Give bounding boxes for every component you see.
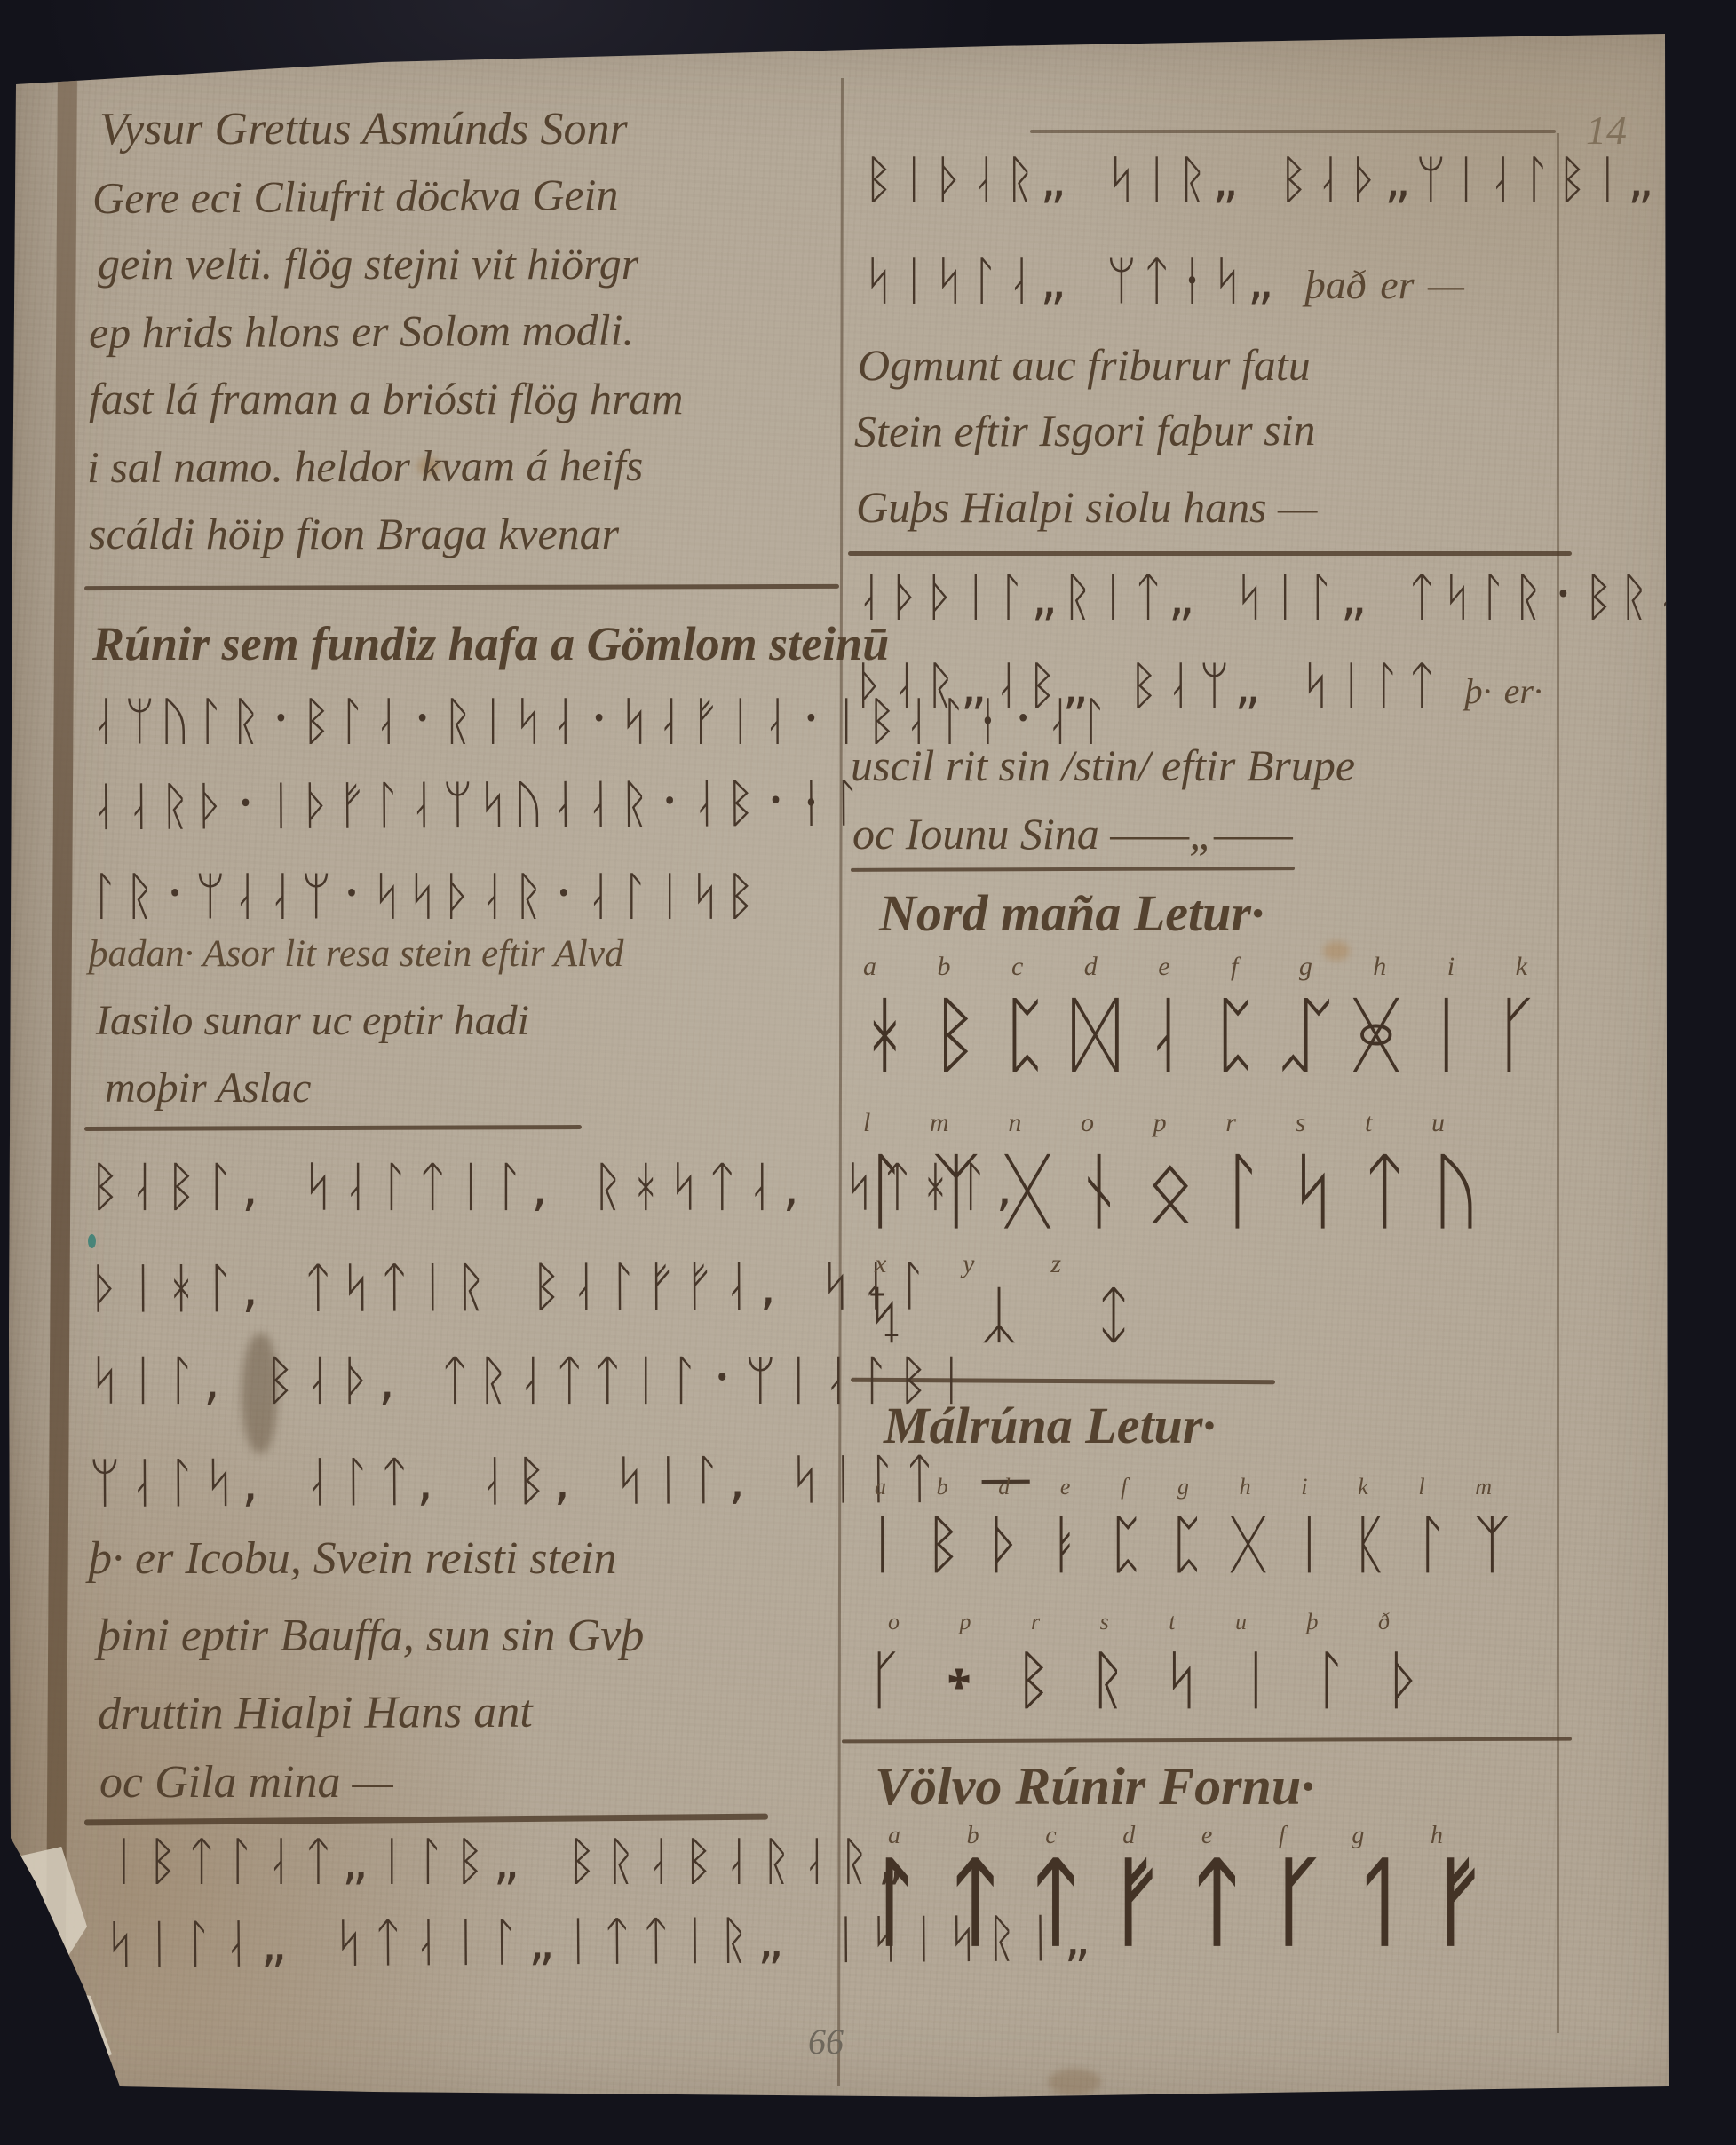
verse-line: Gere eci Cliufrit döckva Gein [92, 169, 619, 224]
alphabet-letter: k [1516, 952, 1527, 982]
rune-glyph: ᛁ [1237, 1642, 1275, 1717]
rune-glyph: ᛚ [866, 1847, 923, 1958]
alphabet-letter: g [1177, 1474, 1189, 1500]
alphabet-letter: e [1158, 952, 1169, 982]
rune-glyph: ᛟ [1145, 1144, 1195, 1240]
rune-glyph: ᛈ [1210, 987, 1260, 1084]
alphabet-letter: y [963, 1249, 974, 1279]
malruna-letters-row2: o p r s t u þ ð [888, 1609, 1390, 1635]
volvo-heading: Völvo Rúnir Fornu· [875, 1756, 1314, 1817]
gloss-note: þ· er· [1465, 671, 1542, 711]
rune-glyph: ᛈ [1168, 1507, 1206, 1581]
rune-glyph: ᚾ [1074, 1144, 1123, 1240]
section-rule [842, 1737, 1572, 1744]
alphabet-letter: m [930, 1108, 949, 1138]
rune-glyph: ᛏ [947, 1847, 1004, 1958]
ogmunt-line: Stein eftir Isgori faþur sin [854, 404, 1316, 457]
right-mid-rune-row: ᚦᛆᚱ„ᛆᛒ„ ᛒᛆᛘ„ ᛋᛁᛚᛏ þ· er· [854, 655, 1542, 716]
alphabet-letter: n [1008, 1108, 1021, 1138]
ogmunt-line: Ogmunt auc friburur fatu [858, 339, 1311, 391]
rune-glyph: ᚱ [1089, 1642, 1127, 1717]
alphabet-letter: l [1418, 1474, 1424, 1500]
rune-glyph: ᛏ [1188, 1847, 1246, 1958]
manuscript-scan: 14 66 Vysur Grettus Asmúnds Sonr Gere ec… [0, 0, 1736, 2145]
nordmana-letters-row3: x y z [875, 1249, 1061, 1279]
memorial-rune-row: ᛋᛁᛚ, ᛒᛆᚦ, ᛏᚱᛆᛏᛏᛁᛚ᛫ᛘᛁᛆᛚᛒᛁ [89, 1350, 973, 1412]
rune-glyph: ᛁ [1290, 1507, 1328, 1581]
runes-found-heading: Rúnir sem fundiz hafa a Gömlom steinū [92, 616, 889, 671]
alphabet-letter: k [1358, 1474, 1368, 1500]
alphabet-letter: o [888, 1609, 900, 1635]
verse-line: ep hrids hlons er Solom modli. [89, 304, 634, 358]
bottom-rune-row: ᛁᛒᛏᛚᛆᛏ„ᛁᛚᛒ„ ᛒᚱᛆᛒᛆᚱᛆᚱ„ [108, 1831, 912, 1891]
rune-glyph: ᚠ [1430, 1847, 1487, 1958]
verse-line: Vysur Grettus Asmúnds Sonr [99, 103, 628, 155]
rune-glyph: ᚷ [1003, 1144, 1052, 1240]
rune-glyph: ᛉ [931, 1144, 980, 1240]
alphabet-letter: z [1050, 1249, 1061, 1279]
binding-fold-line [45, 71, 77, 2088]
alphabet-letter: s [1296, 1108, 1306, 1138]
alphabet-letter: p [1153, 1108, 1167, 1138]
alphabet-letter: g [1299, 952, 1312, 982]
stone-caption-line: Iasilo sunar uc eptir hadi [96, 996, 529, 1045]
rune-glyph: ᛣ [980, 1278, 1018, 1351]
rune-glyph: ᚸ [1351, 987, 1400, 1084]
malruna-runes-row1: ᛁ ᛒ ᚦ ᛓ ᛈ ᛈ ᚷ ᛁ ᛕ ᛚ ᛉ [863, 1507, 1511, 1581]
alphabet-letter: x [875, 1249, 886, 1279]
alphabet-letter: c [1011, 952, 1023, 982]
alphabet-letter: o [1081, 1108, 1094, 1138]
rune-glyph: ᛉ [1473, 1507, 1511, 1581]
right-mid-rune-row: ᛆᚦᚦᛁᛚ„ᚱᛁᛏ„ ᛋᛁᛚ„ ᛏᛋᛚᚱ᛫ᛒᚱᛆ [854, 566, 1689, 627]
malruna-letters-row1: a b d e f g h i k l m [875, 1474, 1492, 1500]
alphabet-letter: l [863, 1108, 870, 1138]
torn-paper-edge [2, 1847, 87, 1980]
alphabet-letter: r [1225, 1108, 1236, 1138]
rune-text: ᚦᛆᚱ„ᛆᛒ„ ᛒᛆᛘ„ ᛋᛁᛚᛏ [854, 655, 1442, 716]
memorial-prose-line: oc Gila mina — [99, 1756, 393, 1809]
stone-caption-line: moþir Aslac [105, 1064, 311, 1112]
alphabet-letter: ð [1378, 1609, 1390, 1635]
right-top-rune-row: ᛋᛁᛋᛚᛆ„ ᛘᛏᚽᛋ„ það er — [863, 250, 1464, 311]
alphabet-letter: b [937, 1474, 948, 1500]
alphabet-letter: h [1373, 952, 1386, 982]
uscil-line: uscil rit sin /stin/ eftir Brupe [851, 740, 1355, 791]
rune-glyph: ᛁ [1422, 987, 1471, 1084]
pencil-page-number: 66 [808, 2021, 844, 2062]
rune-glyph: ᛚ [1217, 1144, 1266, 1240]
nordmana-runes-row2: ᛚ ᛉ ᚷ ᚾ ᛟ ᛚ ᛋ ᛏ ᚢ [860, 1144, 1481, 1240]
rune-glyph: ᚠ [1107, 1847, 1165, 1958]
rune-glyph: ᚴ [1492, 987, 1542, 1084]
section-rule [851, 867, 1295, 872]
ogmunt-line: Guþs Hialpi siolu hans — [856, 481, 1318, 533]
nordmana-runes-row3: ᛪ ᛣ ᛨ [866, 1278, 1132, 1351]
alphabet-letter: b [937, 952, 950, 982]
malruna-heading: Málrúna Letur· [884, 1396, 1216, 1455]
rune-glyph: ᛏ [1027, 1847, 1084, 1958]
volvo-runes-row: ᛚ ᛏ ᛏ ᚠ ᛏ ᚴ ᛐ ᚠ [866, 1847, 1487, 1958]
nordmana-runes-row1: ᚼ ᛒ ᛈ ᛞ ᛆ ᛈ ᛢ ᚸ ᛁ ᚴ [860, 987, 1542, 1084]
rune-text: ᛋᛁᛋᛚᛆ„ ᛘᛏᚽᛋ„ [863, 250, 1279, 311]
rune-glyph: ᚢ [1431, 1144, 1481, 1240]
alphabet-letter: a [863, 952, 876, 982]
rune-glyph: ᛒ [1014, 1642, 1052, 1717]
rune-glyph: ᚷ [1229, 1507, 1267, 1581]
right-frame-line [1557, 133, 1559, 2033]
alphabet-letter: m [1475, 1474, 1492, 1500]
section-rule [84, 1814, 768, 1826]
rune-glyph: ᚴ [866, 1642, 904, 1717]
verse-line: fast lá framan a briósti flög hram [89, 373, 684, 424]
column-divider-line [837, 78, 844, 2086]
verse-line: i sal namo. heldor kvam á heifs [87, 439, 644, 493]
alphabet-letter: u [1235, 1609, 1247, 1635]
uscil-line: oc Iounu Sina ——„—— [852, 808, 1293, 859]
alphabet-letter: i [1447, 952, 1455, 982]
alphabet-letter: h [1240, 1474, 1251, 1500]
rune-glyph: ᛋ [1288, 1144, 1338, 1240]
rune-glyph: ᛋ [1162, 1642, 1201, 1717]
alphabet-letter: p [960, 1609, 971, 1635]
rune-glyph: ᛈ [1107, 1507, 1145, 1581]
rune-glyph: ᚴ [1269, 1847, 1327, 1958]
rune-glyph: ᛪ [866, 1278, 903, 1351]
alphabet-letter: t [1365, 1108, 1372, 1138]
alphabet-letter: u [1431, 1108, 1445, 1138]
rune-glyph: ᛕ [1351, 1507, 1389, 1581]
stone-rune-row: ᛆᛆᚱᚦ᛫ᛁᚦᚠᛚᛆᛘᛋᚢᛆᛆᚱ᛫ᛆᛒ᛫ᚽᛚ [89, 772, 867, 837]
rune-glyph: ᛆ [1140, 987, 1190, 1084]
rune-glyph: ᛚ [1412, 1507, 1450, 1581]
nordmana-heading: Nord maña Letur· [879, 883, 1264, 943]
memorial-prose-line: þini eptir Bauffa, sun sin Gvþ [98, 1610, 644, 1662]
rune-glyph: ᛏ [1359, 1144, 1409, 1240]
malruna-runes-row2: ᚴ ᛭ ᛒ ᚱ ᛋ ᛁ ᛚ ᚦ [866, 1642, 1423, 1717]
rune-glyph: ᛚ [860, 1144, 909, 1240]
rune-glyph: ᛞ [1070, 987, 1120, 1084]
rune-glyph: ᛈ [1000, 987, 1050, 1084]
rune-glyph: ᚼ [860, 987, 909, 1084]
rune-glyph: ᛁ [863, 1507, 901, 1581]
alphabet-letter: d [998, 1474, 1010, 1500]
section-rule [84, 584, 839, 590]
memorial-prose-line: þ· er Icobu, Svein reisti stein [89, 1532, 617, 1585]
rune-glyph: ᛭ [940, 1642, 979, 1717]
rune-glyph: ᛒ [924, 1507, 963, 1581]
rune-glyph: ᛚ [1311, 1642, 1349, 1717]
rune-glyph: ᛐ [1349, 1847, 1407, 1958]
section-rule [84, 1125, 582, 1131]
verse-line: gein velti. flög stejni vit hiörgr [98, 238, 638, 289]
top-frame-line [1030, 130, 1556, 133]
foxing-spot [1048, 2069, 1101, 2095]
verse-line: scáldi höip fion Braga kvenar [89, 508, 619, 559]
rune-glyph: ᛒ [930, 987, 979, 1084]
alphabet-letter: i [1301, 1474, 1307, 1500]
nordmana-letters-row1: a b c d e f g h i k [863, 952, 1527, 982]
teal-speck [88, 1234, 96, 1248]
memorial-rune-row: ᚦᛁᚼᛚ, ᛏᛋᛏᛁᚱ ᛒᛆᛚᚠᚠᛆ, ᛋᛆᛚ [89, 1255, 935, 1319]
rune-glyph: ᛨ [1095, 1278, 1132, 1351]
gloss-note: það er — [1305, 262, 1464, 307]
torn-paper-edge [5, 1980, 112, 2086]
alphabet-letter: r [1031, 1609, 1040, 1635]
rune-glyph: ᚦ [985, 1507, 1023, 1581]
stone-rune-row: ᛚᚱ᛫ᛘᛆᛆᛘ᛫ᛋᛋᚦᛆᚱ᛫ᛆᛚᛁᛋᛒ [89, 866, 760, 926]
alphabet-letter: d [1084, 952, 1098, 982]
right-top-rune-row: ᛒᛁᚦᛆᚱ„ ᛋᛁᚱ„ ᛒᛆᚦ„ᛘᛁᛆᛚᛒᛁ„ [863, 149, 1659, 210]
alphabet-letter: t [1169, 1609, 1175, 1635]
memorial-prose-line: druttin Hialpi Hans ant [98, 1686, 533, 1741]
rune-glyph: ᛓ [1046, 1507, 1084, 1581]
section-rule [848, 551, 1572, 556]
alphabet-letter: a [875, 1474, 886, 1500]
stone-caption-line: þadan· Asor lit resa stein eftir Alvd [89, 932, 623, 976]
nordmana-letters-row2: l m n o p r s t u [863, 1108, 1445, 1138]
alphabet-letter: e [1060, 1474, 1071, 1500]
alphabet-letter: f [1231, 952, 1238, 982]
alphabet-letter: f [1121, 1474, 1127, 1500]
rune-glyph: ᛢ [1280, 987, 1330, 1084]
rune-glyph: ᚦ [1385, 1642, 1423, 1717]
manuscript-page: 14 66 Vysur Grettus Asmúnds Sonr Gere ec… [0, 0, 1736, 2145]
alphabet-letter: s [1100, 1609, 1109, 1635]
alphabet-letter: þ [1306, 1609, 1318, 1635]
folio-number: 14 [1586, 107, 1627, 154]
